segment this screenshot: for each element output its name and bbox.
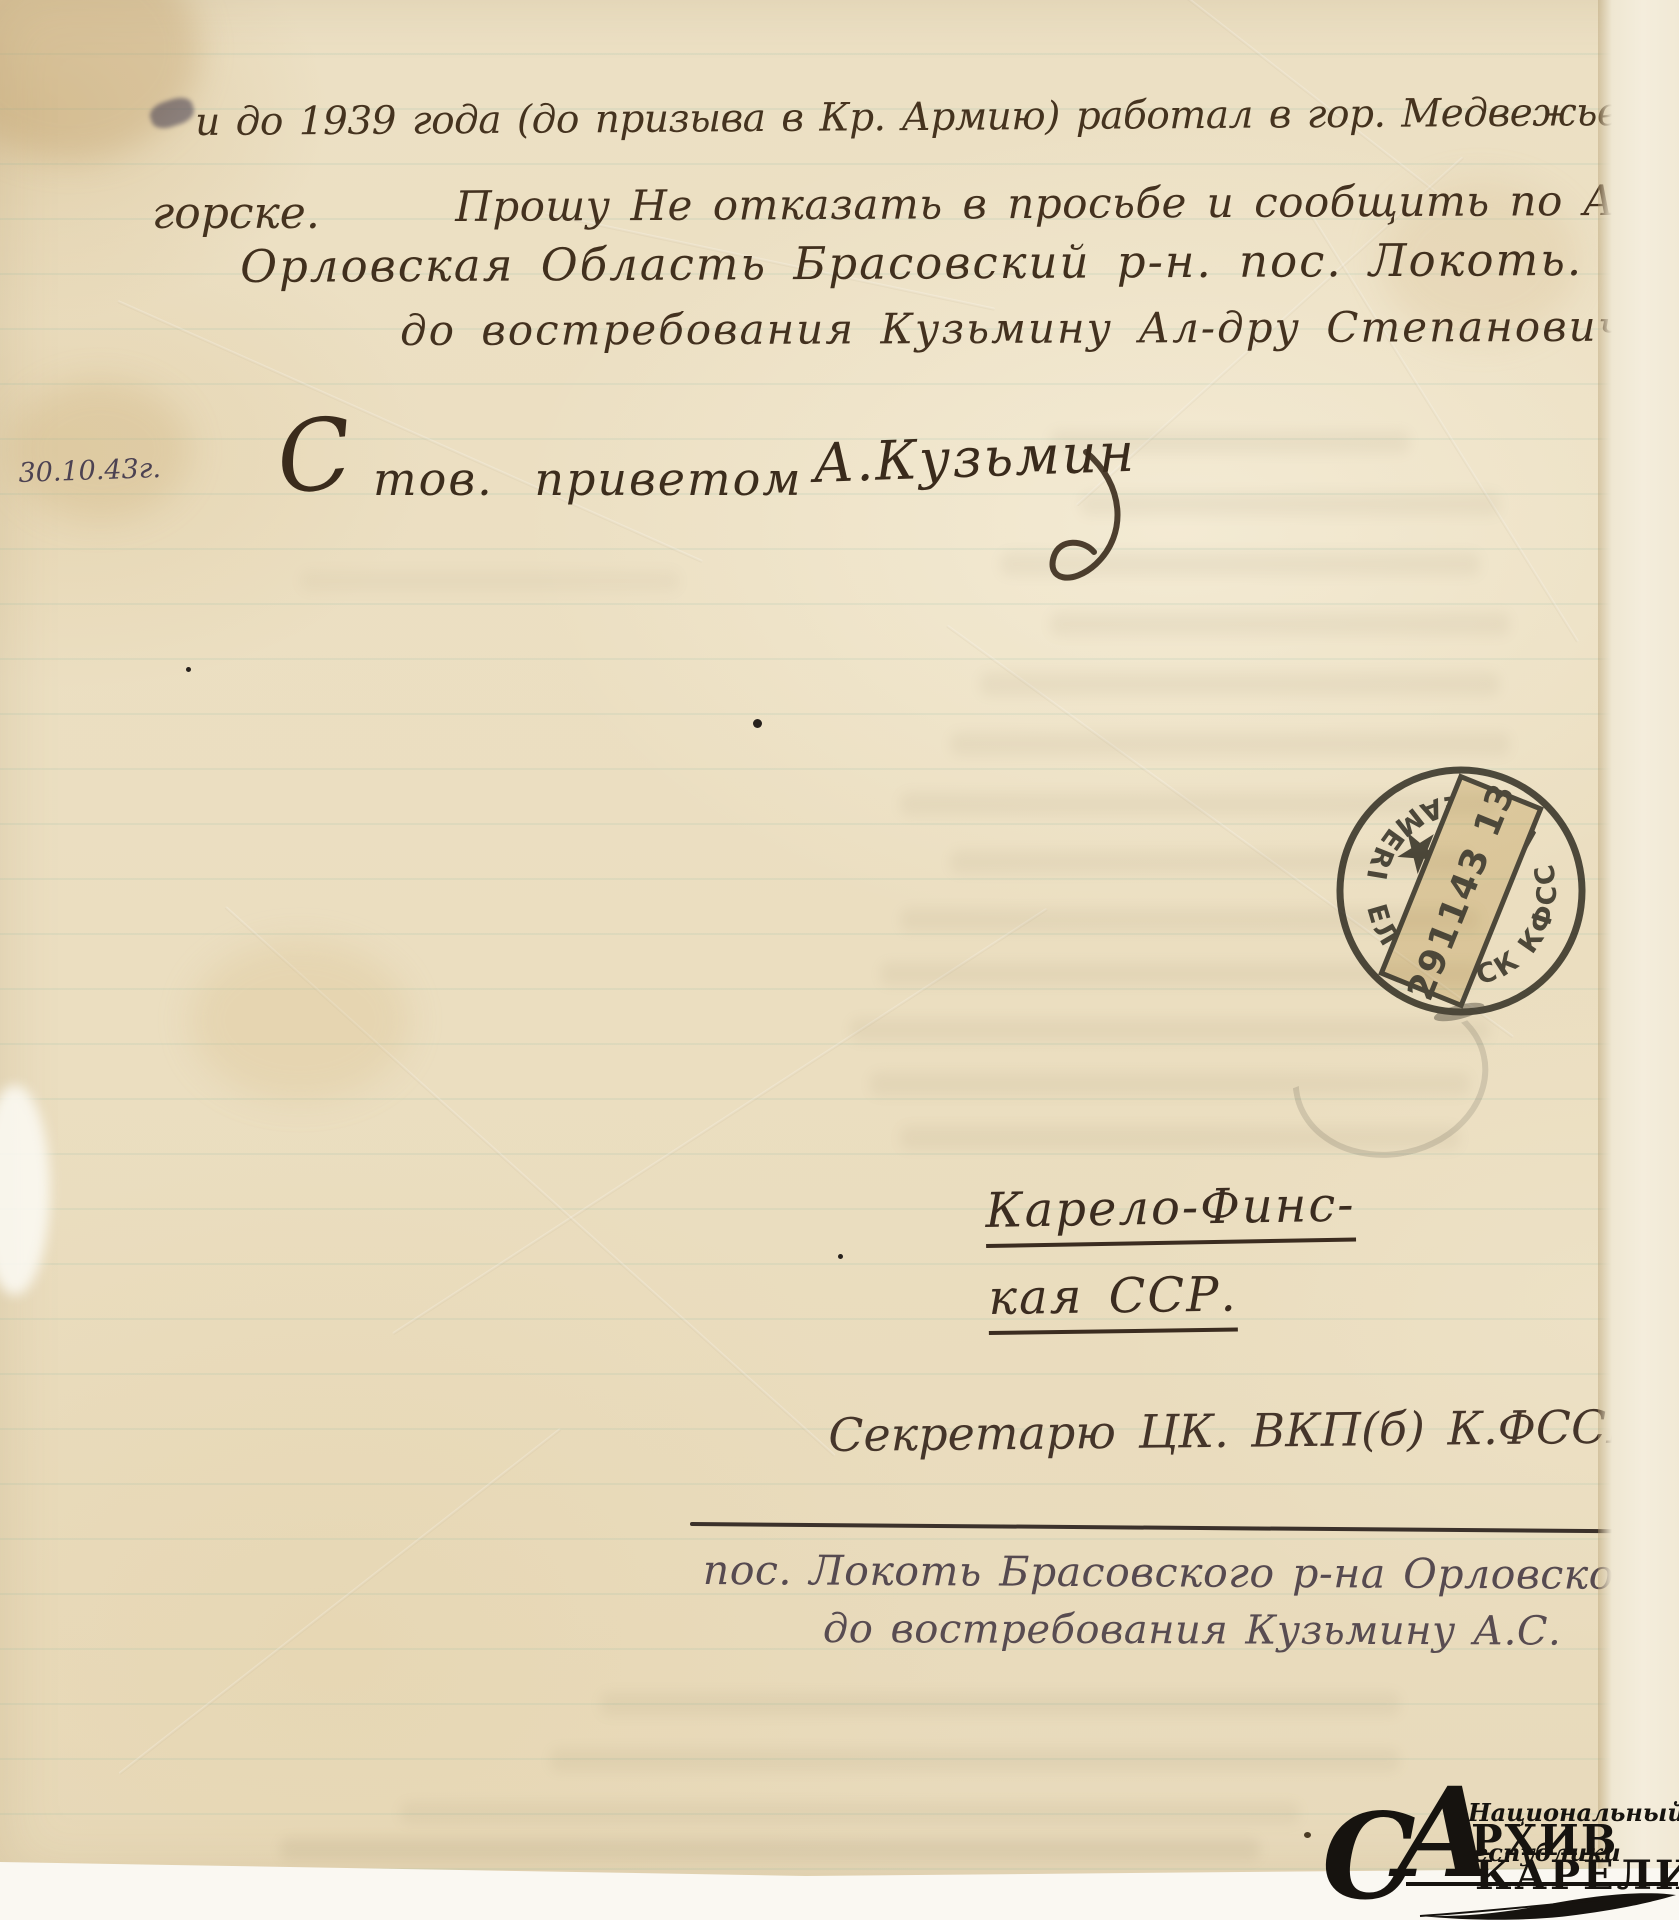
bleedthrough-mark bbox=[600, 1692, 1400, 1716]
bleedthrough-mark bbox=[400, 1802, 1300, 1824]
bleedthrough-mark bbox=[280, 1838, 1260, 1860]
region-line-2: кая ССР. bbox=[988, 1267, 1238, 1335]
letter-date: 30.10.43г. bbox=[18, 453, 161, 489]
bleedthrough-mark bbox=[950, 732, 1510, 756]
watermark-underline bbox=[1406, 1882, 1678, 1886]
ink-speck bbox=[838, 1254, 843, 1259]
closing-initial: С bbox=[272, 404, 357, 509]
handwriting-line-4-address: до востребования Кузьмину Ал-дру Степано… bbox=[400, 302, 1652, 355]
closing-phrase: тов. приветом bbox=[373, 452, 802, 506]
destination-line-1: пос. Локоть Брасовского р-на Орловской О… bbox=[703, 1546, 1679, 1600]
addressee-line: Секретарю ЦК. ВКП(б) К.ФССР. bbox=[828, 1399, 1652, 1462]
ink-speck bbox=[1304, 1832, 1311, 1838]
region-line-1: Карело-Финс- bbox=[985, 1177, 1356, 1248]
stain bbox=[190, 940, 410, 1100]
scanned-letter-page: и до 1939 года (до призыва в Кр. Армию) … bbox=[0, 0, 1679, 1920]
signature-flourish bbox=[1032, 448, 1152, 598]
postmark-date-banner: 291143 13 bbox=[1378, 768, 1544, 1014]
ink-speck bbox=[186, 667, 191, 672]
stain bbox=[10, 380, 190, 520]
ink-speck bbox=[753, 719, 762, 728]
bleedthrough-mark bbox=[1050, 612, 1510, 636]
bleedthrough-mark bbox=[980, 672, 1500, 696]
destination-line-2: до востребования Кузьмину А.С. bbox=[823, 1606, 1561, 1655]
feather-icon bbox=[1418, 1888, 1678, 1920]
bleedthrough-mark bbox=[300, 570, 680, 592]
page-fold-strip bbox=[1598, 0, 1679, 1878]
bleedthrough-mark bbox=[550, 1748, 1400, 1772]
archive-watermark: С А Национальный РХИВ еспублики КАРЕЛИЯ bbox=[1318, 1770, 1679, 1920]
handwriting-line-3-address: Орловская Область Брасовский р-н. пос. Л… bbox=[240, 233, 1583, 293]
handwriting-line-2-carry: горске. bbox=[152, 188, 320, 239]
handwriting-line-2-request: Прошу Не отказать в просьбе и сообщить п… bbox=[455, 175, 1679, 231]
paper-sheet: и до 1939 года (до призыва в Кр. Армию) … bbox=[0, 0, 1679, 1878]
